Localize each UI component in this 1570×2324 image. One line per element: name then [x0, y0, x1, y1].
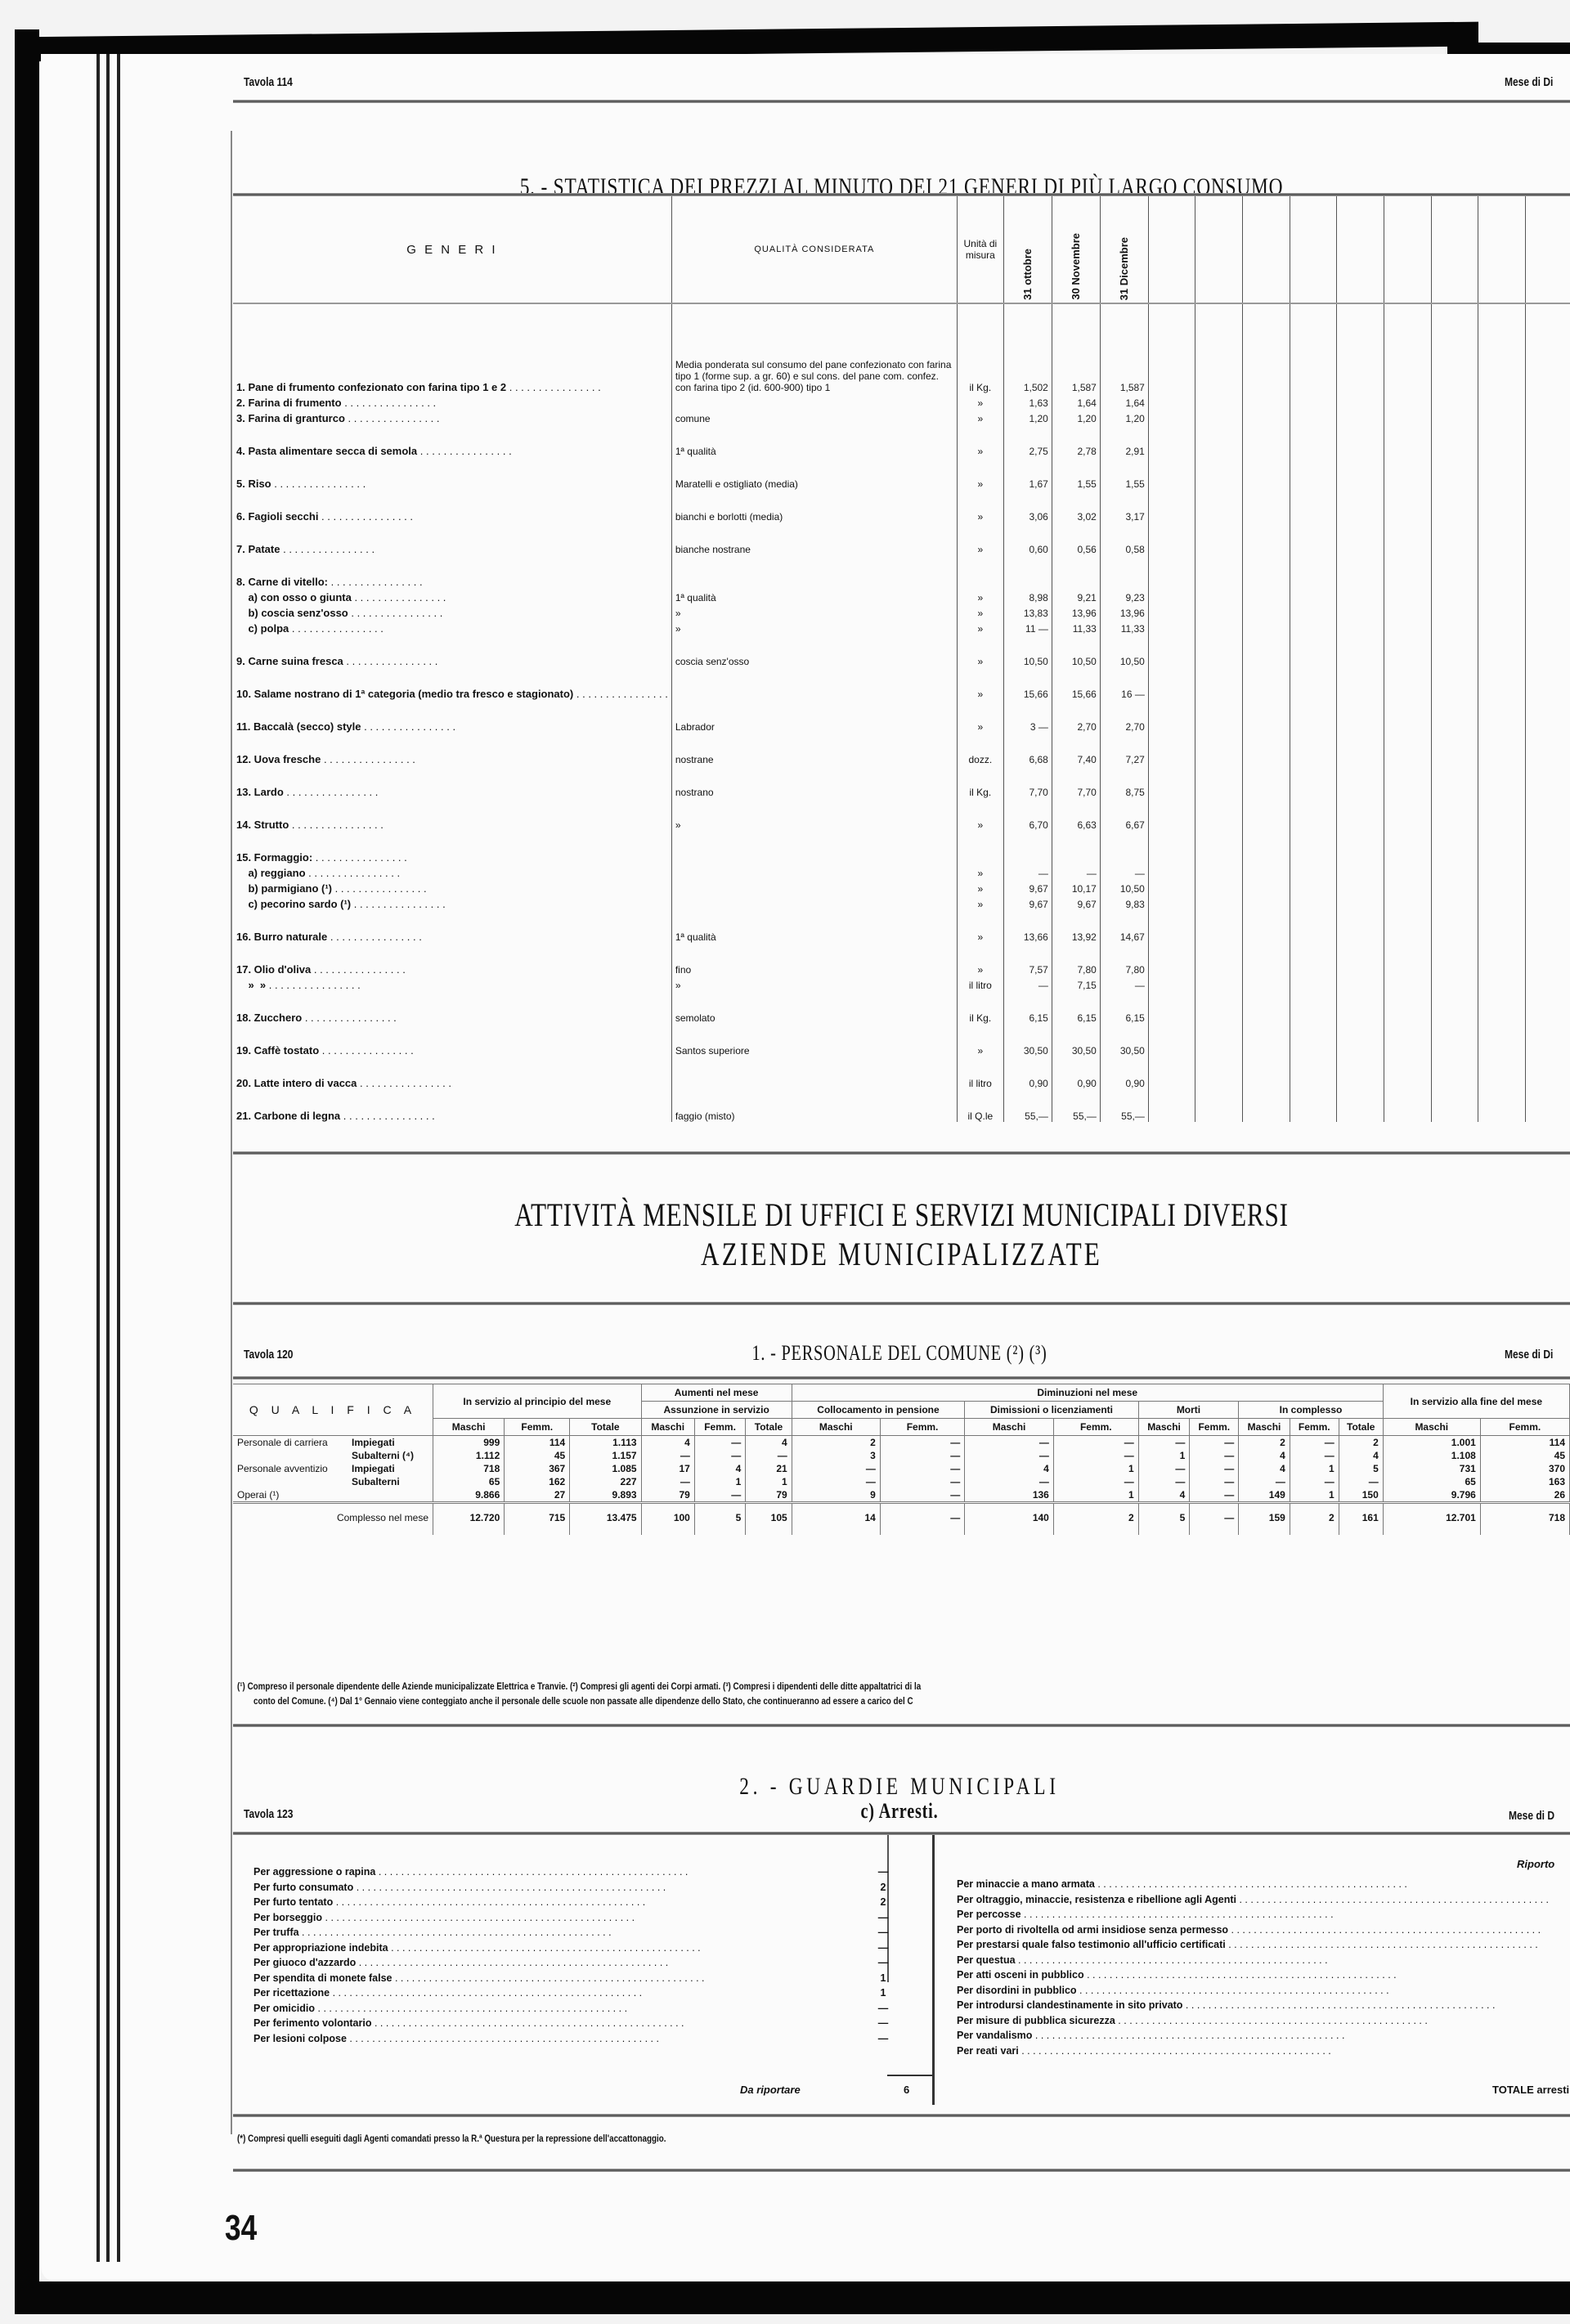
empty-cell [1525, 991, 1570, 1024]
genere-cell: 19. Caffè tostato [233, 1024, 671, 1057]
col-subheader-femm: Femm. [880, 1419, 964, 1436]
page-margin-rule [231, 131, 232, 2134]
count-cell: 162 [505, 1475, 570, 1488]
empty-cell [1195, 864, 1243, 879]
count-cell: 150 [1339, 1488, 1383, 1503]
unita-cell: » [957, 798, 1003, 831]
table-row: Subalterni (⁴)1.112451.157———3———1—4—41.… [233, 1449, 1570, 1462]
empty-cell [1478, 765, 1526, 798]
count-cell: 1 [1053, 1462, 1138, 1475]
table-row: 12. Uova freschenostranedozz.6,687,407,2… [233, 733, 1570, 765]
empty-cell [1148, 831, 1195, 864]
empty-cell [1337, 555, 1384, 588]
empty-cell [1478, 910, 1526, 943]
list-item: Per percosse [957, 1907, 1562, 1922]
count-cell: 161 [1339, 1503, 1383, 1536]
price-cell: — [1003, 864, 1052, 879]
qualifica-cell: Complesso nel mese [233, 1503, 433, 1536]
count-cell: — [1239, 1475, 1290, 1488]
genere-cell: 15. Formaggio: [233, 831, 671, 864]
table-subtitle: c) Arresti. [772, 1799, 1027, 1824]
arrest-reason: Per furto consumato [253, 1882, 826, 1893]
qualita-cell: comune [671, 409, 957, 424]
empty-cell [1148, 700, 1195, 733]
empty-cell [1525, 603, 1570, 619]
empty-cell [1525, 910, 1570, 943]
unita-cell: » [957, 864, 1003, 879]
empty-cell [1243, 910, 1290, 943]
empty-cell [1478, 733, 1526, 765]
price-cell: 1,587 [1100, 303, 1148, 393]
empty-cell [1337, 831, 1384, 864]
empty-cell [1525, 943, 1570, 976]
price-cell: 1,20 [1100, 409, 1148, 424]
price-cell: 0,60 [1003, 523, 1052, 555]
col-subheader-maschi: Maschi [792, 1419, 880, 1436]
price-cell: 6,15 [1003, 991, 1052, 1024]
price-cell: 7,40 [1052, 733, 1100, 765]
empty-cell [1148, 667, 1195, 700]
price-cell [1003, 555, 1052, 588]
empty-cell [1431, 879, 1478, 895]
count-cell: — [1138, 1436, 1190, 1450]
col-header-dimissioni: Dimissioni o licenziamenti [965, 1402, 1138, 1419]
arrest-count: 2 [859, 1882, 908, 1893]
price-cell: 1,67 [1003, 457, 1052, 490]
table-row: 4. Pasta alimentare secca di semola1ª qu… [233, 424, 1570, 457]
empty-cell [1195, 831, 1243, 864]
empty-cell [1478, 667, 1526, 700]
empty-cell [1525, 1089, 1570, 1122]
empty-cell [1431, 895, 1478, 910]
col-header-diminuzioni: Diminuzioni nel mese [792, 1384, 1383, 1402]
unita-cell: il Q.le [957, 1089, 1003, 1122]
empty-cell [1478, 619, 1526, 635]
empty-cell [1243, 457, 1290, 490]
empty-cell [1478, 1024, 1526, 1057]
count-cell: 1 [1053, 1488, 1138, 1503]
qualita-cell: Maratelli e ostigliato (media) [671, 457, 957, 490]
empty-cell [1243, 1089, 1290, 1122]
qualita-cell: nostrano [671, 765, 957, 798]
qualita-cell: 1ª qualità [671, 424, 957, 457]
list-item: Per reati vari [957, 2044, 1562, 2059]
list-item: Per omicidio— [253, 2001, 908, 2017]
count-cell: 2 [1239, 1436, 1290, 1450]
column-rule [887, 2075, 932, 2076]
genere-cell: 1. Pane di frumento confezionato con far… [233, 303, 671, 393]
count-cell: — [965, 1475, 1054, 1488]
list-item: Per atti osceni in pubblico [957, 1967, 1562, 1983]
empty-cell [1290, 831, 1337, 864]
price-cell: 6,68 [1003, 733, 1052, 765]
total-row: Complesso nel mese12.72071513.4751005105… [233, 1503, 1570, 1536]
price-cell: 6,63 [1052, 798, 1100, 831]
price-cell [1003, 831, 1052, 864]
empty-cell [1431, 991, 1478, 1024]
empty-cell [1525, 798, 1570, 831]
count-cell: — [694, 1436, 745, 1450]
list-item: Per oltraggio, minaccie, resistenza e ri… [957, 1892, 1562, 1908]
table-row: 15. Formaggio: [233, 831, 1570, 864]
empty-cell [1290, 733, 1337, 765]
price-cell: 15,66 [1052, 667, 1100, 700]
arrest-count: 2 [859, 1896, 908, 1908]
empty-cell [1290, 976, 1337, 991]
price-cell: 14,67 [1100, 910, 1148, 943]
empty-cell [1243, 409, 1290, 424]
count-cell: 9.796 [1383, 1488, 1480, 1503]
price-cell: 16 — [1100, 667, 1148, 700]
empty-cell [1195, 765, 1243, 798]
price-cell: 6,15 [1100, 991, 1148, 1024]
divider [233, 1302, 1570, 1305]
empty-cell [1290, 490, 1337, 523]
empty-cell [1431, 424, 1478, 457]
empty-cell [1243, 619, 1290, 635]
empty-cell [1290, 457, 1337, 490]
count-cell: 1 [694, 1475, 745, 1488]
list-item: Per aggressione o rapina— [253, 1864, 908, 1880]
arrest-count: — [859, 2033, 908, 2044]
empty-cell [1337, 991, 1384, 1024]
empty-cell [1290, 523, 1337, 555]
table-row: a) reggiano»——— [233, 864, 1570, 879]
empty-cell [1431, 976, 1478, 991]
unita-cell: il Kg. [957, 765, 1003, 798]
empty-cell [1290, 1024, 1337, 1057]
empty-cell [1243, 303, 1290, 393]
count-cell: 100 [641, 1503, 694, 1536]
count-cell: 3 [792, 1449, 880, 1462]
unita-cell: » [957, 588, 1003, 603]
empty-cell [1290, 393, 1337, 409]
price-cell [1100, 831, 1148, 864]
table-row: 6. Fagioli secchibianchi e borlotti (med… [233, 490, 1570, 523]
genere-cell: 11. Baccalà (secco) style [233, 700, 671, 733]
genere-cell: 21. Carbone di legna [233, 1089, 671, 1122]
empty-cell [1478, 991, 1526, 1024]
empty-cell [1525, 700, 1570, 733]
empty-cell [1384, 1089, 1432, 1122]
empty-cell [1525, 864, 1570, 879]
empty-cell [1431, 555, 1478, 588]
qualifica-group: Personale di carriera [237, 1437, 352, 1448]
arrests-list-right: Per minaccie a mano armataPer oltraggio,… [957, 1877, 1562, 2058]
count-cell: 17 [641, 1462, 694, 1475]
genere-cell: 18. Zucchero [233, 991, 671, 1024]
arrest-reason: Per atti osceni in pubblico [957, 1969, 1562, 1981]
count-cell: — [792, 1475, 880, 1488]
genere-cell: 5. Riso [233, 457, 671, 490]
empty-cell [1384, 667, 1432, 700]
price-cell: 9,23 [1100, 588, 1148, 603]
empty-cell [1478, 700, 1526, 733]
empty-cell [1290, 798, 1337, 831]
mese-label: Mese di Di [1505, 1348, 1553, 1362]
unita-cell: » [957, 490, 1003, 523]
empty-cell [1195, 976, 1243, 991]
arrest-reason: Per porto di rivoltella od armi insidios… [957, 1924, 1562, 1936]
list-item: Per truffa— [253, 1925, 908, 1940]
empty-cell [1243, 393, 1290, 409]
genere-cell: 10. Salame nostrano di 1ª categoria (med… [233, 667, 671, 700]
qualita-cell: nostrane [671, 733, 957, 765]
table-row: 17. Olio d'olivafino»7,577,807,80 [233, 943, 1570, 976]
price-cell: 1,63 [1003, 393, 1052, 409]
empty-cell [1384, 895, 1432, 910]
table-row: Personale di carrieraImpiegati9991141.11… [233, 1436, 1570, 1450]
qualita-cell [671, 864, 957, 879]
qualita-cell [671, 1057, 957, 1089]
list-item: Per lesioni colpose— [253, 2031, 908, 2047]
arrest-reason: Per percosse [957, 1909, 1562, 1920]
count-cell: 27 [505, 1488, 570, 1503]
table-row: 14. Strutto»»6,706,636,67 [233, 798, 1570, 831]
genere-cell: a) con osso o giunta [233, 588, 671, 603]
price-cell [1100, 555, 1148, 588]
totale-arresti-label: TOTALE arresti [1492, 2084, 1569, 2096]
binding-spine [117, 54, 120, 2262]
price-cell: 7,80 [1100, 943, 1148, 976]
list-item: Per spendita di monete false1 [253, 1971, 908, 1986]
empty-cell [1478, 879, 1526, 895]
count-cell: 9 [792, 1488, 880, 1503]
qualifica-label: Subalterni [352, 1476, 400, 1487]
arrest-reason: Per spendita di monete false [253, 1972, 826, 1984]
unita-cell: » [957, 409, 1003, 424]
empty-cell [1525, 895, 1570, 910]
arrest-count: — [859, 1866, 908, 1878]
empty-cell [1431, 490, 1478, 523]
table-row: Operai (¹)9.866279.89379—799—13614—14911… [233, 1488, 1570, 1503]
empty-cell [1478, 1057, 1526, 1089]
count-cell: — [694, 1449, 745, 1462]
table-title: 1. - PERSONALE DEL COMUNE (²) (³) [644, 1341, 1155, 1366]
arrest-reason: Per giuoco d'azzardo [253, 1957, 826, 1968]
price-cell: 7,57 [1003, 943, 1052, 976]
genere-cell: 6. Fagioli secchi [233, 490, 671, 523]
price-cell: 3,02 [1052, 490, 1100, 523]
empty-cell [1195, 879, 1243, 895]
price-cell: 8,98 [1003, 588, 1052, 603]
qualita-cell: » [671, 798, 957, 831]
count-cell: — [1190, 1462, 1239, 1475]
arrest-reason: Per appropriazione indebita [253, 1942, 826, 1954]
table-row: b) coscia senz'osso»»13,8313,9613,96 [233, 603, 1570, 619]
count-cell: 9.866 [433, 1488, 505, 1503]
col-subheader-maschi: Maschi [641, 1419, 694, 1436]
empty-cell [1525, 393, 1570, 409]
count-cell: 5 [1339, 1462, 1383, 1475]
empty-cell [1478, 409, 1526, 424]
price-cell: 55,— [1100, 1089, 1148, 1122]
empty-col [1431, 196, 1478, 303]
arrest-reason: Per vandalismo [957, 2030, 1562, 2041]
qualifica-cell: Personale di carrieraImpiegati [233, 1436, 433, 1450]
empty-cell [1384, 1057, 1432, 1089]
riporto-label: Riporto [1517, 1858, 1554, 1870]
empty-cell [1148, 895, 1195, 910]
empty-cell [1478, 864, 1526, 879]
empty-cell [1431, 523, 1478, 555]
empty-cell [1431, 733, 1478, 765]
price-cell: — [1003, 976, 1052, 991]
empty-cell [1148, 879, 1195, 895]
empty-cell [1243, 976, 1290, 991]
arrest-count: 1 [859, 1972, 908, 1984]
price-cell: 7,27 [1100, 733, 1148, 765]
genere-cell: 20. Latte intero di vacca [233, 1057, 671, 1089]
qualita-cell [671, 879, 957, 895]
tavola-label: Tavola 120 [244, 1348, 293, 1362]
empty-cell [1384, 555, 1432, 588]
price-cell: 6,15 [1052, 991, 1100, 1024]
empty-cell [1431, 393, 1478, 409]
count-cell: 1 [1290, 1488, 1339, 1503]
count-cell: 4 [1239, 1462, 1290, 1475]
price-cell: 11,33 [1052, 619, 1100, 635]
count-cell: 114 [505, 1436, 570, 1450]
empty-cell [1478, 393, 1526, 409]
qualita-cell: Santos superiore [671, 1024, 957, 1057]
empty-cell [1478, 457, 1526, 490]
price-cell: — [1100, 864, 1148, 879]
unita-cell: » [957, 879, 1003, 895]
price-cell: 9,67 [1003, 879, 1052, 895]
genere-cell: c) pecorino sardo (¹) [233, 895, 671, 910]
divider [233, 1724, 1570, 1727]
price-cell: 2,75 [1003, 424, 1052, 457]
empty-cell [1384, 588, 1432, 603]
empty-cell [1243, 798, 1290, 831]
genere-cell: 9. Carne suina fresca [233, 635, 671, 667]
empty-cell [1431, 798, 1478, 831]
price-cell: 10,50 [1100, 635, 1148, 667]
empty-cell [1290, 588, 1337, 603]
qualita-cell [671, 667, 957, 700]
arrest-reason: Per omicidio [253, 2003, 826, 2014]
empty-cell [1290, 895, 1337, 910]
empty-cell [1337, 667, 1384, 700]
empty-cell [1384, 523, 1432, 555]
price-cell: 10,50 [1003, 635, 1052, 667]
list-item: Per minaccie a mano armata [957, 1877, 1562, 1892]
empty-cell [1148, 555, 1195, 588]
price-cell: 6,70 [1003, 798, 1052, 831]
count-cell: 5 [694, 1503, 745, 1536]
count-cell: 79 [746, 1488, 792, 1503]
table-row: 2. Farina di frumento»1,631,641,64 [233, 393, 1570, 409]
empty-cell [1431, 667, 1478, 700]
empty-cell [1195, 619, 1243, 635]
empty-cell [1384, 831, 1432, 864]
empty-cell [1337, 733, 1384, 765]
list-item: Per appropriazione indebita— [253, 1940, 908, 1956]
col-header-assunzione: Assunzione in servizio [641, 1402, 792, 1419]
empty-cell [1478, 490, 1526, 523]
unita-cell: il Kg. [957, 991, 1003, 1024]
section-subtitle: AZIENDE MUNICIPALIZZATE [380, 1235, 1423, 1273]
empty-cell [1431, 588, 1478, 603]
divider [233, 2169, 1570, 2172]
empty-cell [1337, 798, 1384, 831]
count-cell: — [1339, 1475, 1383, 1488]
empty-cell [1431, 619, 1478, 635]
empty-cell [1148, 991, 1195, 1024]
unita-cell: » [957, 457, 1003, 490]
arrest-count: — [859, 2003, 908, 2014]
table-row: b) parmigiano (¹)»9,6710,1710,50 [233, 879, 1570, 895]
table-row: 10. Salame nostrano di 1ª categoria (med… [233, 667, 1570, 700]
count-cell: 159 [1239, 1503, 1290, 1536]
table-row: 7. Patatebianche nostrane»0,600,560,58 [233, 523, 1570, 555]
count-cell: 79 [641, 1488, 694, 1503]
page-number: 34 [225, 2208, 257, 2249]
empty-cell [1243, 733, 1290, 765]
qualita-cell: Labrador [671, 700, 957, 733]
arrest-reason: Per questua [957, 1954, 1562, 1966]
scan-border-bottom [15, 2281, 1570, 2314]
col-subheader-maschi: Maschi [1138, 1419, 1190, 1436]
empty-cell [1384, 765, 1432, 798]
price-cell: 13,83 [1003, 603, 1052, 619]
price-cell: 13,92 [1052, 910, 1100, 943]
empty-cell [1384, 619, 1432, 635]
col-header-collocamento: Collocamento in pensione [792, 1402, 965, 1419]
empty-cell [1195, 635, 1243, 667]
divider [233, 1376, 1570, 1380]
col-subheader-totale: Totale [570, 1419, 641, 1436]
empty-cell [1525, 879, 1570, 895]
price-cell: 7,15 [1052, 976, 1100, 991]
divider [233, 100, 1570, 103]
qualita-cell: bianchi e borlotti (media) [671, 490, 957, 523]
unita-cell: dozz. [957, 733, 1003, 765]
price-cell: 7,70 [1003, 765, 1052, 798]
empty-cell [1243, 831, 1290, 864]
empty-cell [1478, 555, 1526, 588]
col-header-in-servizio-fine: In servizio alla fine del mese [1383, 1384, 1569, 1419]
col-header-aumenti: Aumenti nel mese [641, 1384, 792, 1402]
table-row: 13. Lardonostranoil Kg.7,707,708,75 [233, 765, 1570, 798]
empty-cell [1148, 588, 1195, 603]
count-cell: — [1053, 1475, 1138, 1488]
footnote: (*) Compresi quelli eseguiti dagli Agent… [237, 2133, 666, 2144]
count-cell: 715 [505, 1503, 570, 1536]
empty-cell [1431, 1057, 1478, 1089]
unita-cell [957, 831, 1003, 864]
col-subheader-totale: Totale [746, 1419, 792, 1436]
empty-cell [1337, 765, 1384, 798]
unita-cell [957, 555, 1003, 588]
col-header-month: 30 Novembre [1052, 196, 1100, 303]
price-cell: 1,64 [1100, 393, 1148, 409]
empty-cell [1148, 1089, 1195, 1122]
empty-cell [1290, 910, 1337, 943]
arrest-reason: Per reati vari [957, 2045, 1562, 2057]
unita-cell: » [957, 603, 1003, 619]
genere-cell: 17. Olio d'oliva [233, 943, 671, 976]
price-cell: 1,64 [1052, 393, 1100, 409]
empty-cell [1525, 457, 1570, 490]
empty-cell [1431, 409, 1478, 424]
empty-cell [1337, 393, 1384, 409]
count-cell: 13.475 [570, 1503, 641, 1536]
arrests-list-left: Per aggressione o rapina—Per furto consu… [253, 1864, 908, 2046]
table-row: 18. Zuccherosemolatoil Kg.6,156,156,15 [233, 991, 1570, 1024]
empty-cell [1290, 603, 1337, 619]
